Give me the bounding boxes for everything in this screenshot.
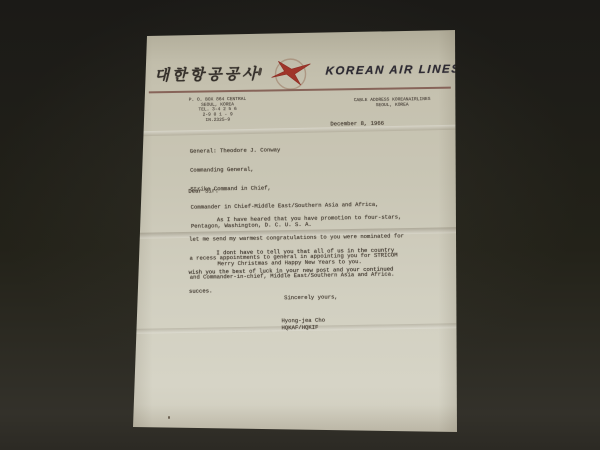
body-line: As I have heared that you have promotion…	[189, 214, 404, 224]
letterhead-cable-address: CABLE ADDRESS KOREANAIRLINES SEOUL, KORE…	[342, 97, 442, 109]
address-line: IN.2325-9	[178, 117, 257, 123]
letter-date: December 8, 1966	[330, 121, 384, 128]
signature-title: HQKAF/HQKIF	[281, 324, 318, 331]
letterhead-address: P. O. BOX 864 CENTRAL SEOUL, KOREA TEL. …	[178, 97, 257, 124]
company-name-english: KOREAN AIR LINES	[325, 63, 461, 77]
body-line: wish you the best of luck in your new po…	[189, 267, 395, 277]
body-line: I dont have to tell you that all of us i…	[188, 247, 394, 257]
kal-bird-logo-icon	[269, 56, 312, 93]
recipient-line: Commanding General,	[190, 165, 378, 174]
salutation: Dear Sir:	[188, 188, 218, 195]
recipient-line: General: Theodore J. Conway	[190, 146, 378, 155]
closing: Sincerely yours,	[284, 294, 338, 301]
korean-company-name: 대한항공공사	[154, 63, 259, 86]
letter-content: 대한항공공사 KOREAN AIR LINES P. O. BOX 864 CE…	[0, 0, 600, 450]
letter-paper: 대한항공공사 KOREAN AIR LINES P. O. BOX 864 CE…	[133, 30, 458, 433]
ink-mark	[258, 67, 263, 75]
photo-of-letter: 대한항공공사 KOREAN AIR LINES P. O. BOX 864 CE…	[0, 0, 600, 450]
